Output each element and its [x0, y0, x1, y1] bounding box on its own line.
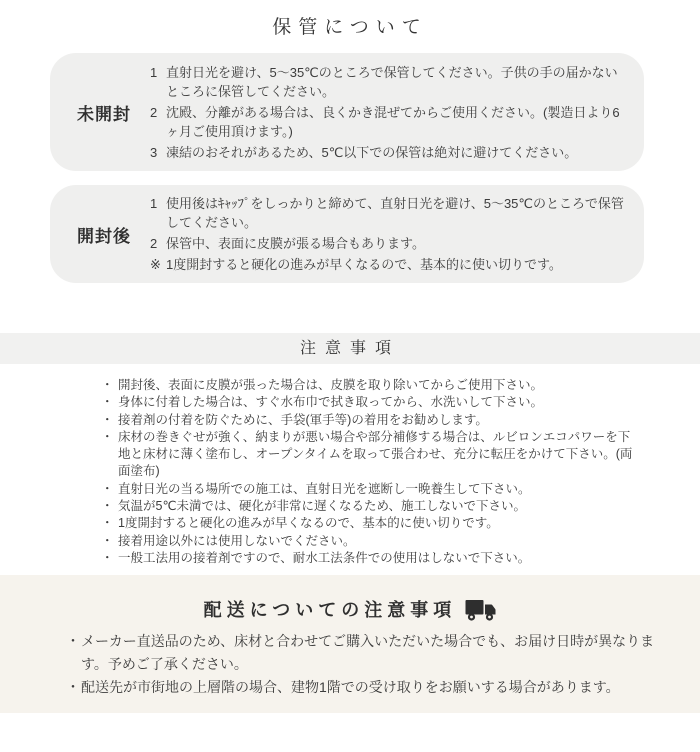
list-item: ・ 一般工法用の接着剤ですので、耐水工法条件での使用はしないで下さい。: [101, 550, 638, 567]
bullet-marker: ・: [101, 498, 118, 515]
list-item: ※ 1度開封すると硬化の進みが早くなるので、基本的に使い切りです。: [150, 255, 630, 274]
item-text: 1度開封すると硬化の進みが早くなるので、基本的に使い切りです。: [118, 515, 638, 532]
item-text: 配送先が市街地の上層階の場合、建物1階での受け取りをお願いする場合があります。: [81, 676, 658, 699]
list-item: ・ 床材の巻きぐせが強く、納まりが悪い場合や部分補修する場合は、ルビロンエコパワ…: [101, 429, 638, 481]
item-text: 直射日光の当る場所での施工は、直射日光を遮断し一晩養生して下さい。: [118, 481, 638, 498]
list-item: ・ 開封後、表面に皮膜が張った場合は、皮膜を取り除いてからご使用下さい。: [101, 377, 638, 394]
item-text: 1度開封すると硬化の進みが早くなるので、基本的に使い切りです。: [166, 255, 630, 274]
bullet-marker: ・: [101, 412, 118, 429]
item-text: 接着用途以外には使用しないでください。: [118, 533, 638, 550]
item-text: 接着剤の付着を防ぐために、手袋(軍手等)の着用をお勧めします。: [118, 412, 638, 429]
item-text: 直射日光を避け、5〜35℃のところで保管してください。子供の手の届かないところに…: [166, 63, 630, 101]
item-number: 1: [150, 194, 166, 232]
list-item: ・ 接着剤の付着を防ぐために、手袋(軍手等)の着用をお勧めします。: [101, 412, 638, 429]
storage-box-opened: 開封後 1 使用後はｷｬｯﾌﾟをしっかりと締めて、直射日光を避け、5〜35℃のと…: [50, 185, 644, 283]
list-item: ・ 直射日光の当る場所での施工は、直射日光を遮断し一晩養生して下さい。: [101, 481, 638, 498]
precautions-title: 注意事項: [0, 333, 700, 364]
precautions-header-band: 注意事項: [0, 333, 700, 364]
precautions-list: ・ 開封後、表面に皮膜が張った場合は、皮膜を取り除いてからご使用下さい。 ・ 身…: [101, 377, 638, 567]
item-text: 開封後、表面に皮膜が張った場合は、皮膜を取り除いてからご使用下さい。: [118, 377, 638, 394]
list-item: ・ 身体に付着した場合は、すぐ水布巾で拭き取ってから、水洗いして下さい。: [101, 394, 638, 411]
item-number: 2: [150, 103, 166, 141]
list-item: 1 使用後はｷｬｯﾌﾟをしっかりと締めて、直射日光を避け、5〜35℃のところで保…: [150, 194, 630, 232]
storage-opened-list: 1 使用後はｷｬｯﾌﾟをしっかりと締めて、直射日光を避け、5〜35℃のところで保…: [150, 192, 644, 276]
shipping-header: 配送についての注意事項: [0, 596, 700, 622]
bullet-marker: ・: [66, 676, 81, 699]
item-text: 凍結のおそれがあるため、5℃以下での保管は絶対に避けてください。: [166, 143, 630, 162]
item-text: 気温が5℃未満では、硬化が非常に遅くなるため、施工しないで下さい。: [118, 498, 638, 515]
item-text: 保管中、表面に皮膜が張る場合もあります。: [166, 234, 630, 253]
item-asterisk-marker: ※: [150, 255, 166, 274]
bullet-marker: ・: [101, 533, 118, 550]
item-number: 1: [150, 63, 166, 101]
item-text: 使用後はｷｬｯﾌﾟをしっかりと締めて、直射日光を避け、5〜35℃のところで保管し…: [166, 194, 630, 232]
bullet-marker: ・: [101, 377, 118, 394]
bullet-marker: ・: [101, 515, 118, 532]
item-text: 床材の巻きぐせが強く、納まりが悪い場合や部分補修する場合は、ルビロンエコパワーを…: [118, 429, 638, 481]
storage-section-title: 保管について: [0, 12, 700, 39]
list-item: 3 凍結のおそれがあるため、5℃以下での保管は絶対に避けてください。: [150, 143, 630, 162]
bullet-marker: ・: [101, 550, 118, 567]
storage-box-label-unopened: 未開封: [50, 100, 150, 125]
item-number: 2: [150, 234, 166, 253]
list-item: ・ 配送先が市街地の上層階の場合、建物1階での受け取りをお願いする場合があります…: [66, 676, 660, 699]
list-item: 1 直射日光を避け、5〜35℃のところで保管してください。子供の手の届かないとこ…: [150, 63, 630, 101]
item-text: 身体に付着した場合は、すぐ水布巾で拭き取ってから、水洗いして下さい。: [118, 394, 638, 411]
shipping-section: 配送についての注意事項 ・ メーカー直送品のため、床材と合わせてご購入いただいた…: [0, 575, 700, 713]
shipping-list: ・ メーカー直送品のため、床材と合わせてご購入いただいた場合でも、お届け日時が異…: [0, 630, 700, 699]
list-item: ・ 1度開封すると硬化の進みが早くなるので、基本的に使い切りです。: [101, 515, 638, 532]
storage-box-unopened: 未開封 1 直射日光を避け、5〜35℃のところで保管してください。子供の手の届か…: [50, 53, 644, 171]
list-item: ・ 気温が5℃未満では、硬化が非常に遅くなるため、施工しないで下さい。: [101, 498, 638, 515]
item-number: 3: [150, 143, 166, 162]
truck-icon: [465, 597, 496, 622]
bullet-marker: ・: [101, 394, 118, 411]
bullet-marker: ・: [66, 630, 81, 676]
shipping-title: 配送についての注意事項: [204, 596, 457, 622]
list-item: ・ 接着用途以外には使用しないでください。: [101, 533, 638, 550]
bullet-marker: ・: [101, 481, 118, 498]
storage-unopened-list: 1 直射日光を避け、5〜35℃のところで保管してください。子供の手の届かないとこ…: [150, 61, 644, 164]
item-text: メーカー直送品のため、床材と合わせてご購入いただいた場合でも、お届け日時が異なり…: [81, 630, 658, 676]
bullet-marker: ・: [101, 429, 118, 481]
item-text: 一般工法用の接着剤ですので、耐水工法条件での使用はしないで下さい。: [118, 550, 638, 567]
item-text: 沈殿、分離がある場合は、良くかき混ぜてからご使用ください。(製造日より6ヶ月ご使…: [166, 103, 630, 141]
list-item: ・ メーカー直送品のため、床材と合わせてご購入いただいた場合でも、お届け日時が異…: [66, 630, 660, 676]
list-item: 2 保管中、表面に皮膜が張る場合もあります。: [150, 234, 630, 253]
storage-box-label-opened: 開封後: [50, 222, 150, 247]
product-info-page: 保管について 未開封 1 直射日光を避け、5〜35℃のところで保管してください。…: [0, 0, 700, 752]
list-item: 2 沈殿、分離がある場合は、良くかき混ぜてからご使用ください。(製造日より6ヶ月…: [150, 103, 630, 141]
